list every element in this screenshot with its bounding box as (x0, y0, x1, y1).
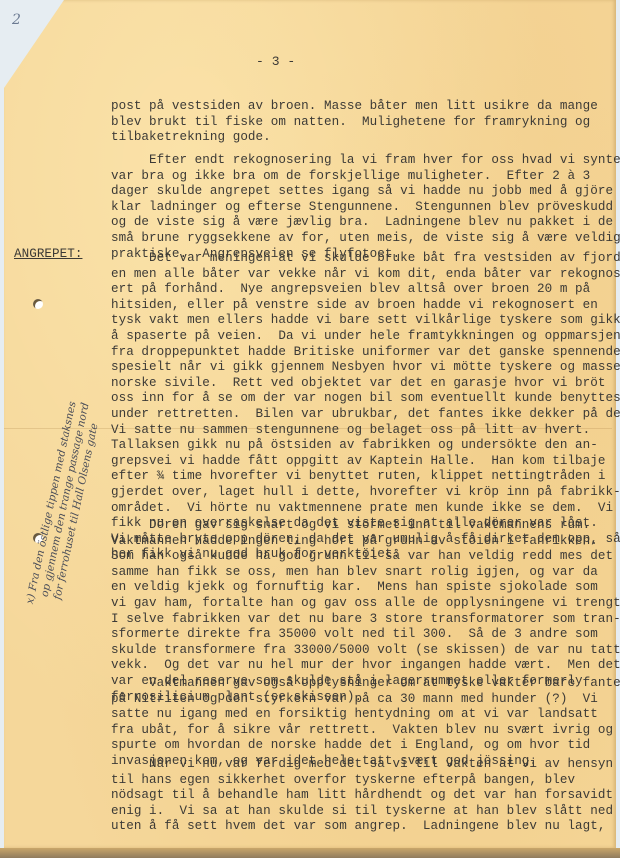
corner-page-mark: 2 (12, 12, 21, 28)
section-heading-angrepet: ANGREPET: (14, 247, 82, 263)
punch-hole-icon (33, 299, 43, 309)
paragraph-6: Når vi nu var ferdig med det sa vi til v… (111, 757, 613, 835)
paragraph-2: Efter endt rekognosering la vi fram hver… (111, 153, 620, 262)
paragraph-3-attack: Det var meningen at vi skulde bruke båt … (111, 251, 620, 563)
page-bottom-edge (0, 848, 620, 858)
paragraph-1: post på vestsiden av broen. Masse båter … (111, 99, 598, 146)
paragraph-5: Vaktmannen gav også opplysninger om at t… (111, 676, 620, 770)
page-number: - 3 - (256, 54, 295, 70)
